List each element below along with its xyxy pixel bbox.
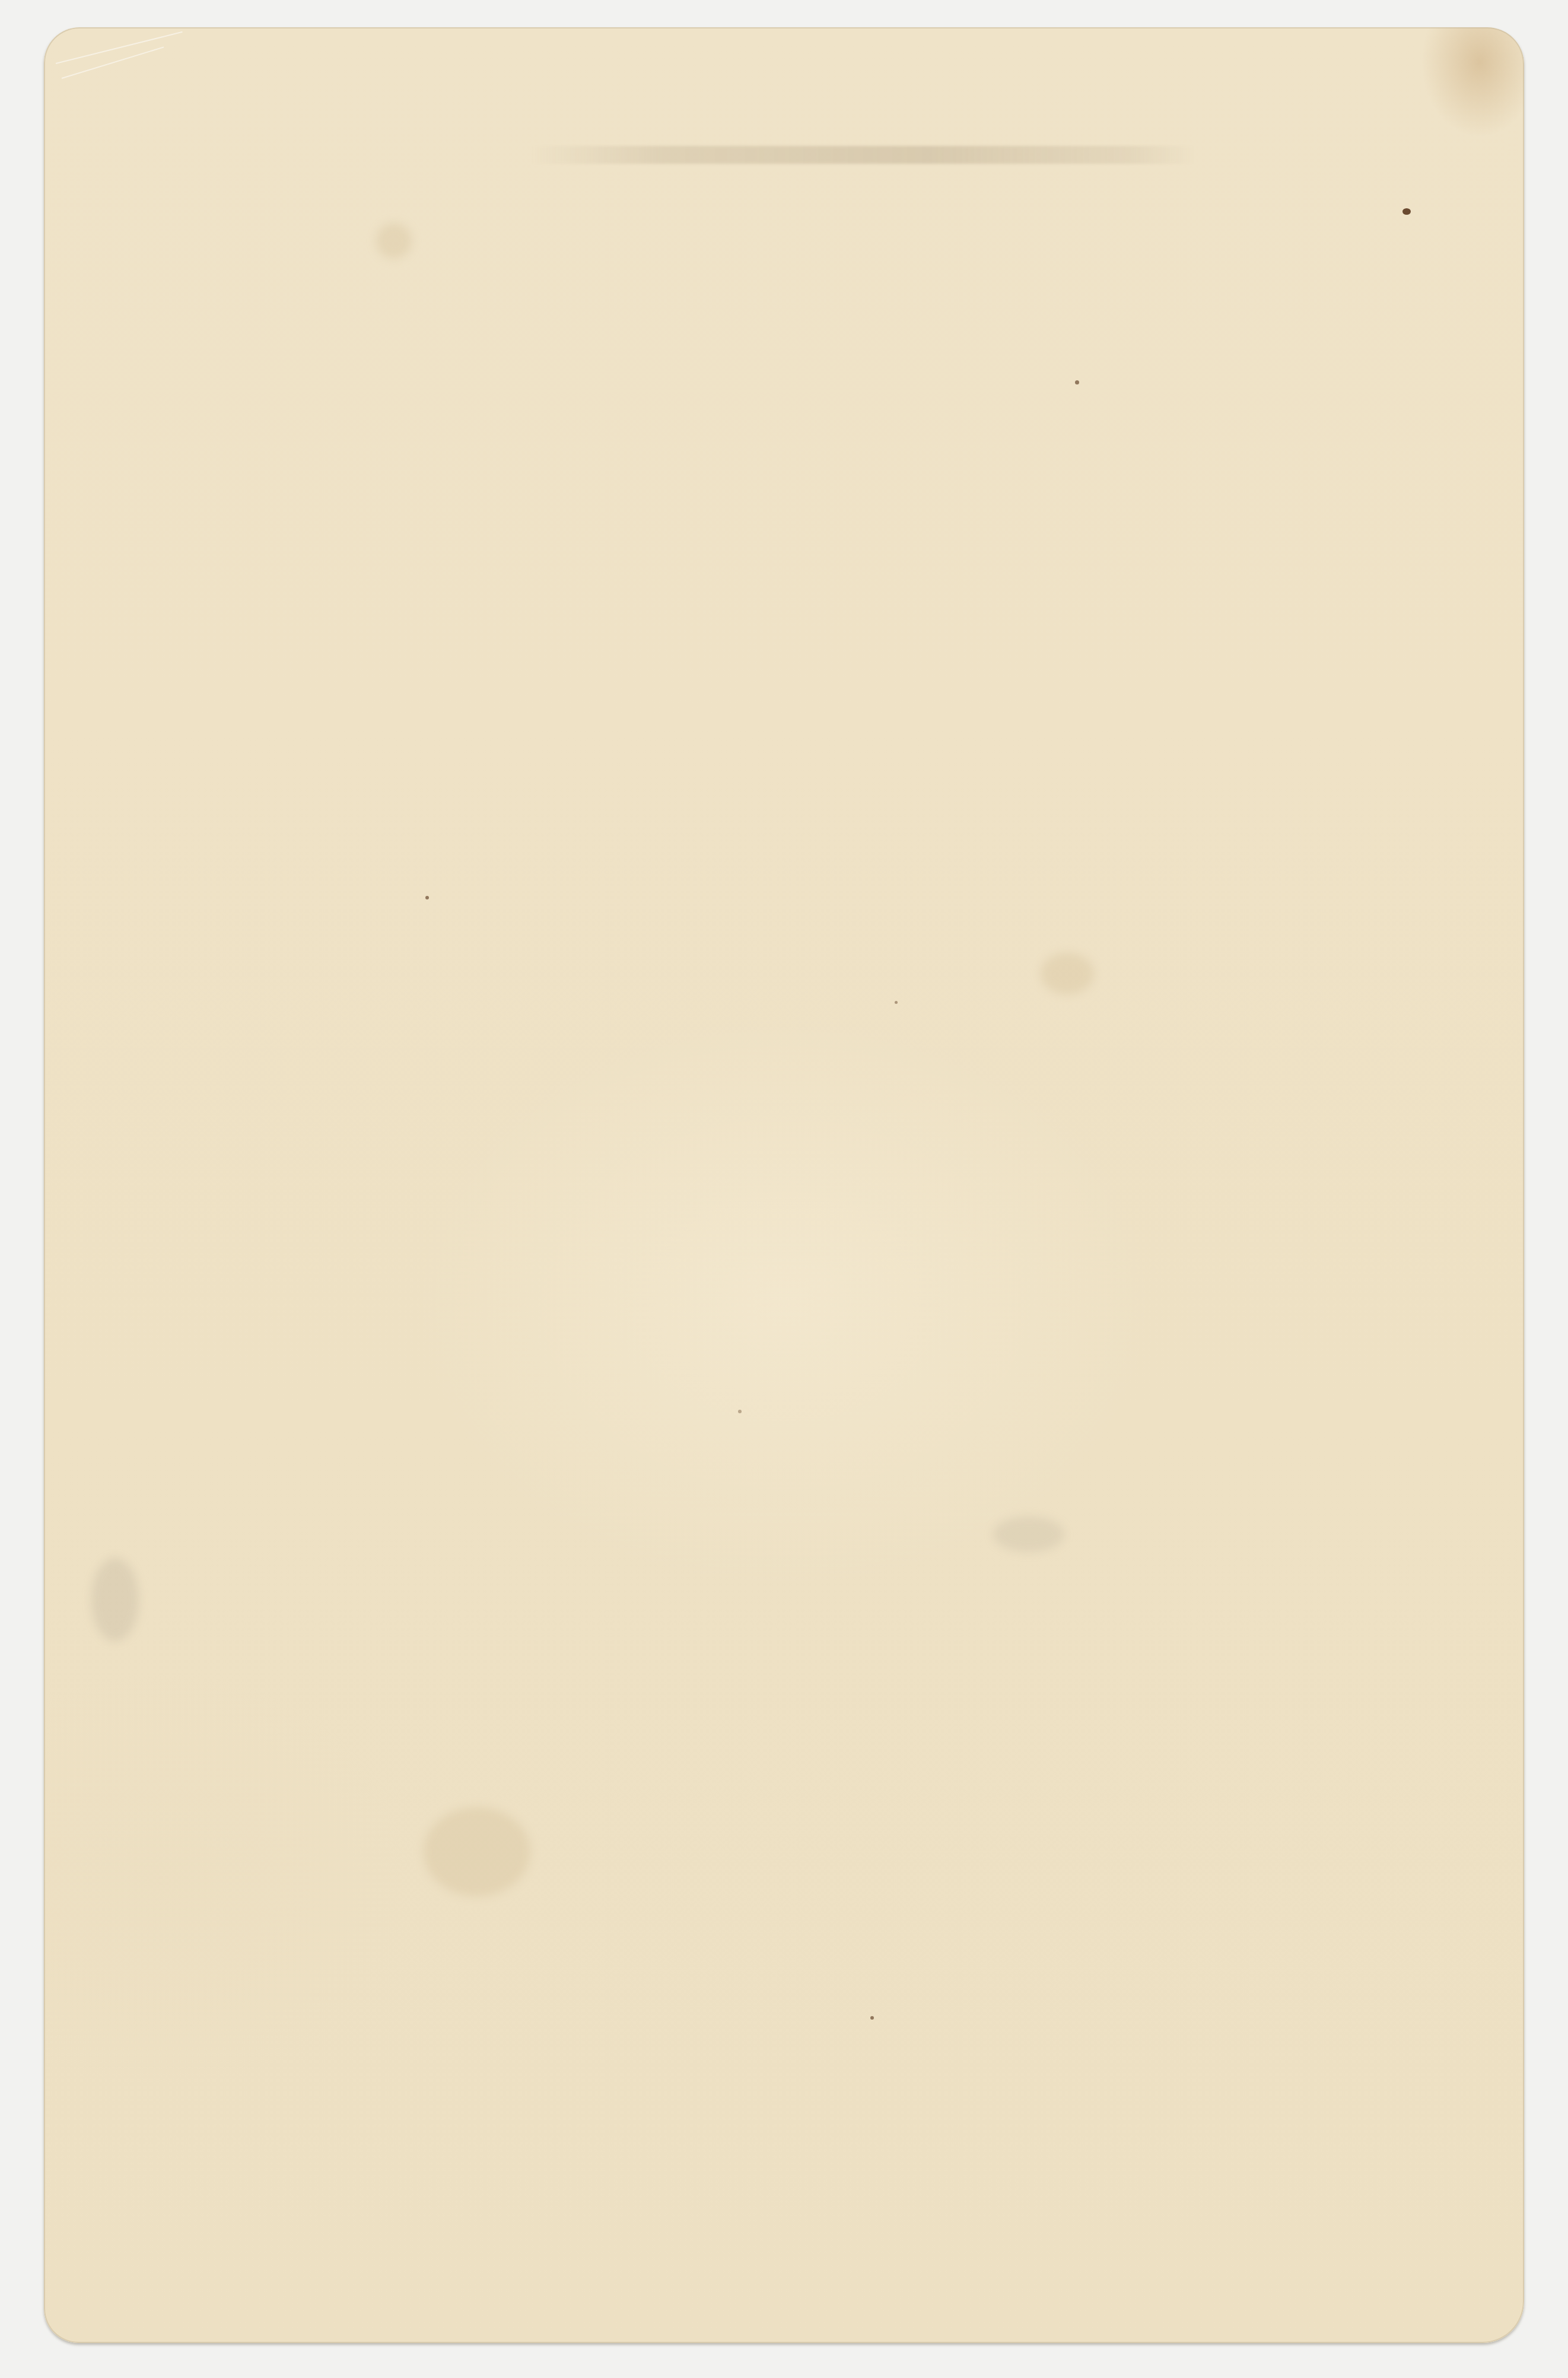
foxing-spot	[738, 1410, 742, 1413]
discoloration	[424, 1807, 530, 1896]
cabinet-card-back	[44, 27, 1524, 2343]
foxing-spot	[895, 1001, 898, 1004]
discoloration	[376, 223, 412, 259]
foxing-spot	[1075, 380, 1079, 384]
foxing-spot	[1402, 208, 1411, 215]
foxing-spot	[870, 2016, 874, 2020]
faint-offset-marks	[530, 146, 1195, 164]
corner-crease	[62, 46, 164, 79]
discoloration	[91, 1558, 139, 1641]
discoloration	[1041, 953, 1094, 994]
foxing-spot	[425, 896, 429, 899]
discoloration	[993, 1517, 1064, 1552]
